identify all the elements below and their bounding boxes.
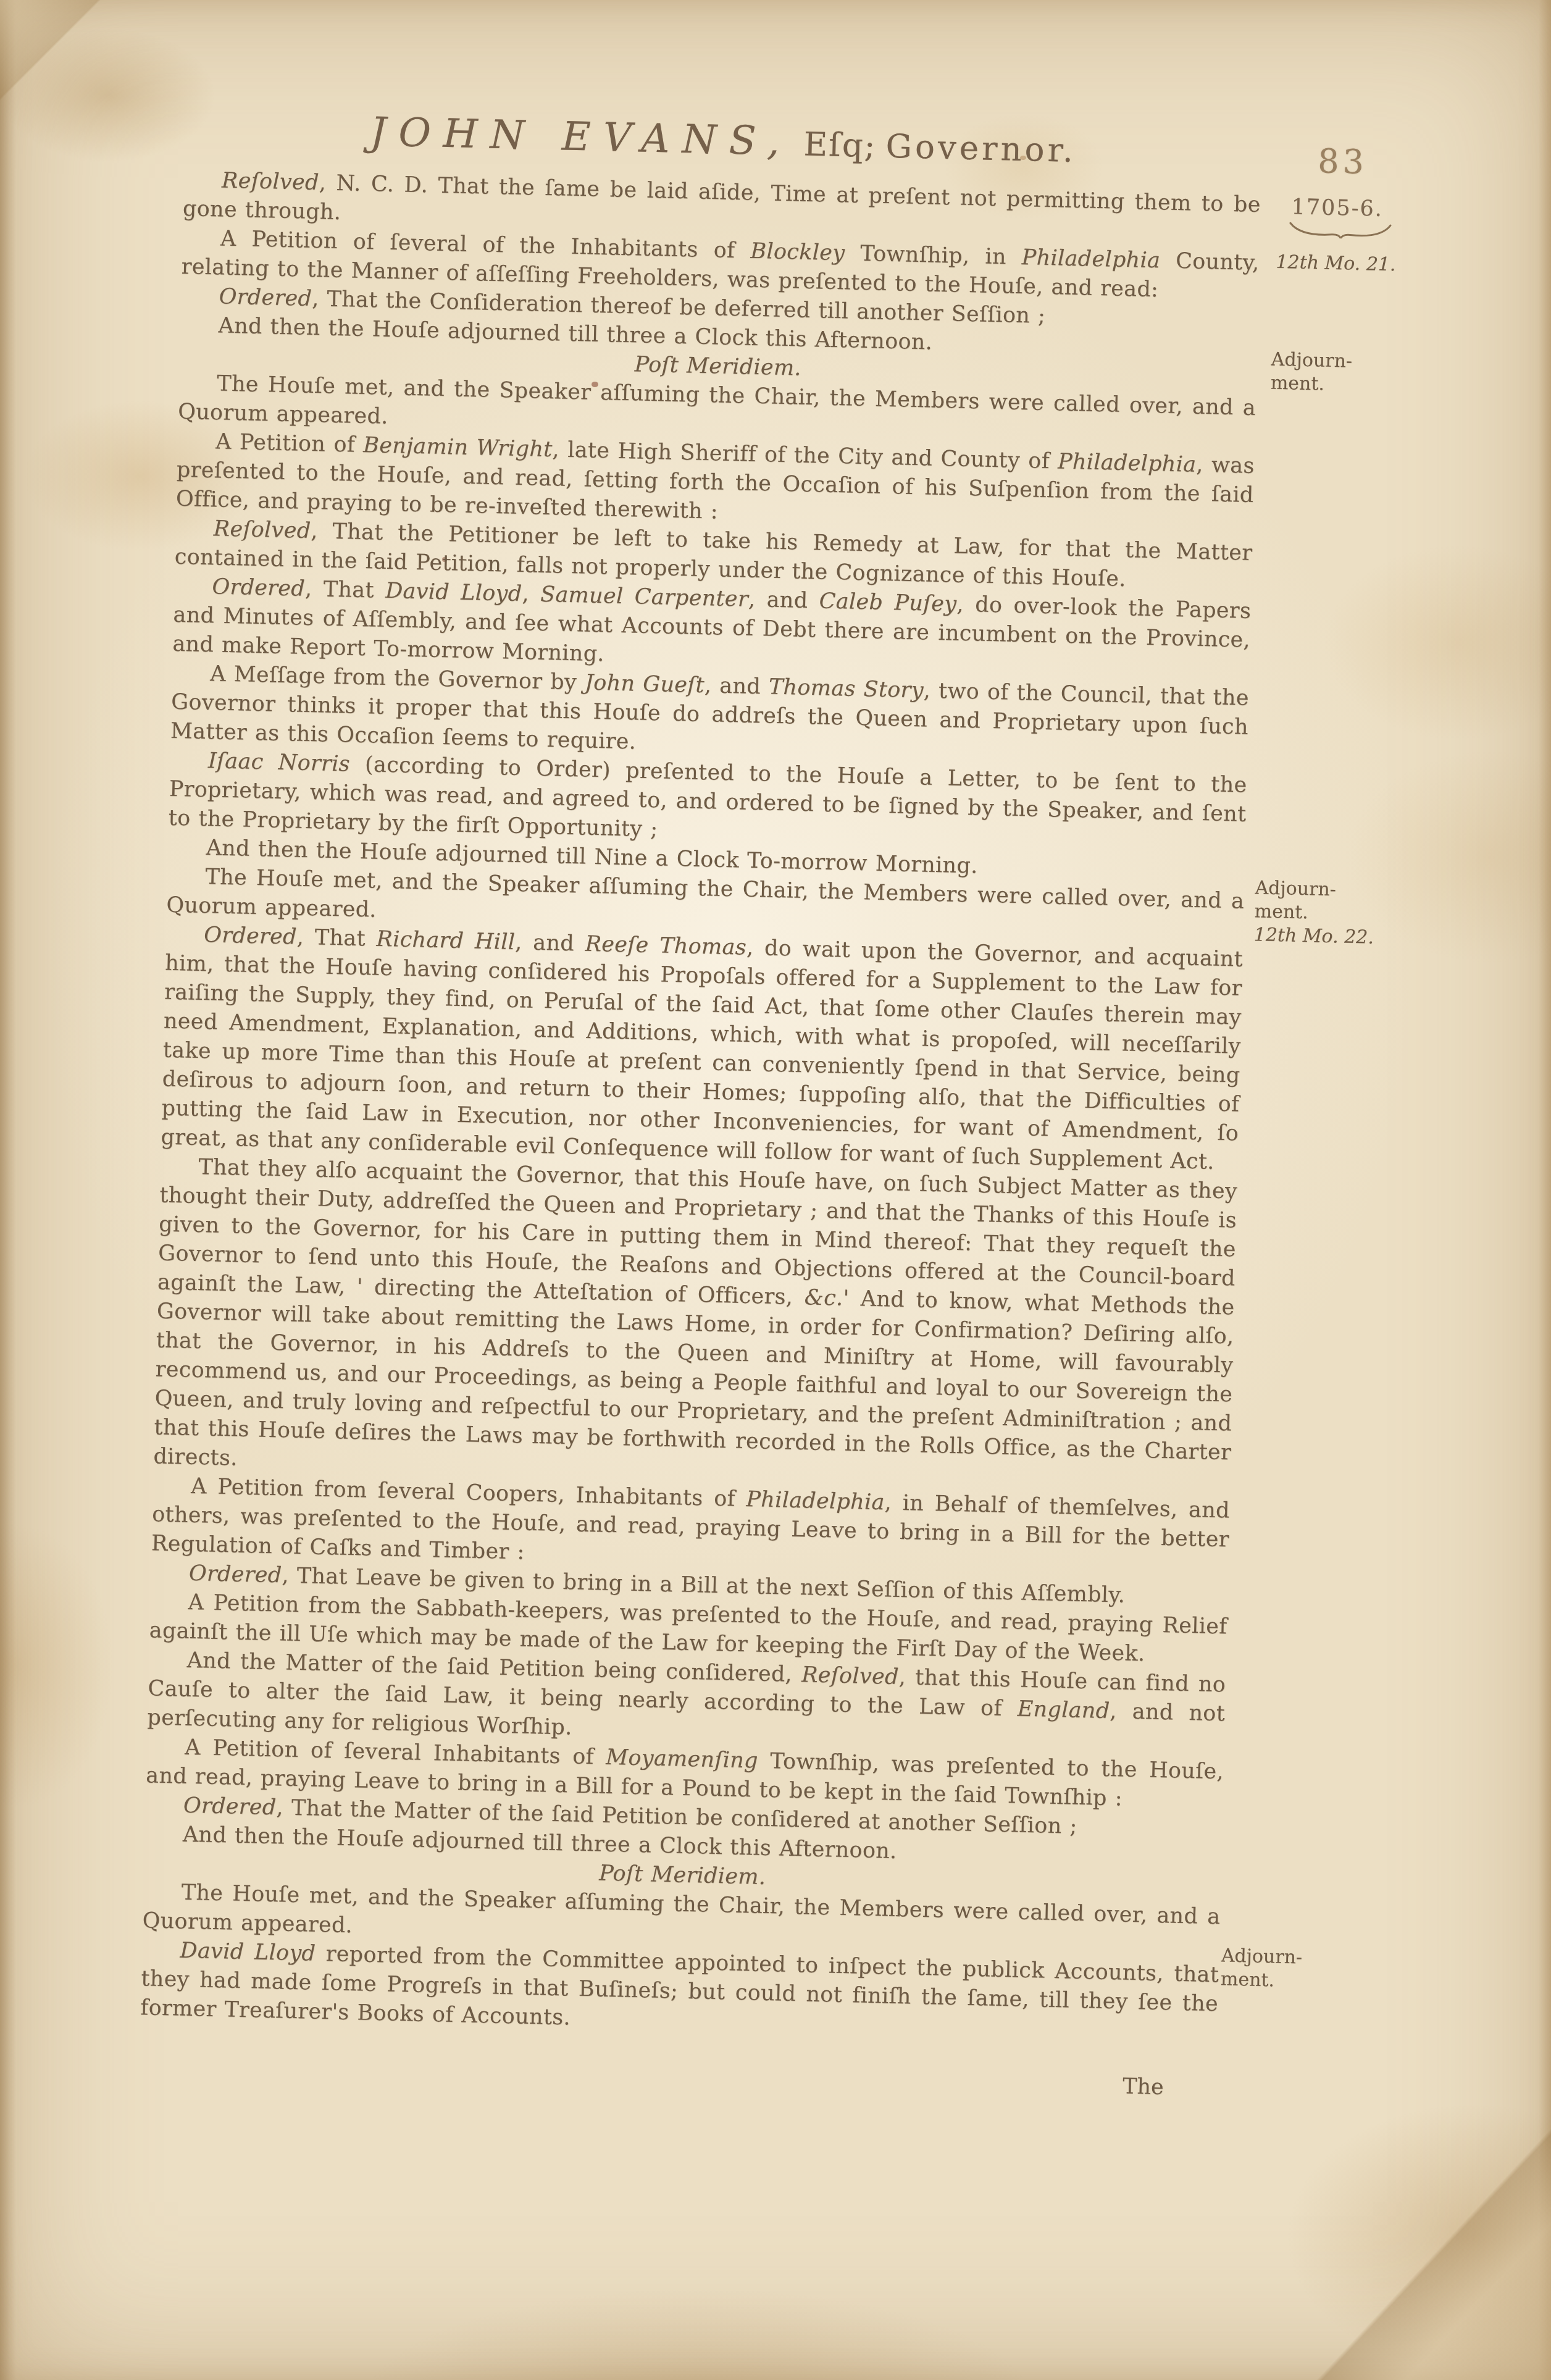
margin-adjournment-line: Adjourn- bbox=[1271, 348, 1352, 374]
margin-note-year: 1705-6. bbox=[1290, 195, 1394, 240]
margin-year-label: 1705-6. bbox=[1291, 195, 1394, 221]
margin-note-date-first: 12th Mo. 21. bbox=[1276, 251, 1396, 277]
paper-edge-right bbox=[1539, 0, 1551, 2380]
margin-adjournment-line: ment. bbox=[1221, 1967, 1302, 1993]
margin-note-date-second: 12th Mo. 22. bbox=[1253, 923, 1374, 950]
catchword: The bbox=[139, 2051, 1216, 2101]
paragraph-acquaint-governor: That they alſo acquaint the Governor, th… bbox=[153, 1152, 1238, 1497]
printed-text-block: JOHN EVANS, Eſq; Governor. 83 1705-6. 12… bbox=[139, 105, 1426, 2105]
margin-adjournment-line: ment. bbox=[1254, 900, 1336, 925]
running-title-name: JOHN EVANS, bbox=[370, 109, 793, 165]
margin-date-label: 12th Mo. 22. bbox=[1253, 923, 1374, 950]
margin-date-label: 12th Mo. 21. bbox=[1276, 251, 1396, 277]
margin-adjournment-line: Adjourn- bbox=[1255, 876, 1336, 902]
margin-note-adjournment-1: Adjourn- ment. bbox=[1270, 348, 1352, 397]
margin-note-adjournment-2: Adjourn- ment. bbox=[1254, 876, 1336, 925]
paper-corner-top-left bbox=[0, 0, 148, 117]
margin-adjournment-line: ment. bbox=[1270, 372, 1352, 397]
running-title-role: Governor. bbox=[885, 128, 1077, 170]
page-number: 83 bbox=[1318, 141, 1368, 182]
brace-icon bbox=[1287, 221, 1394, 240]
paragraph-ordered-wait-governor: Ordered, That Richard Hill, and Reeſe Th… bbox=[161, 920, 1243, 1178]
paper-corner-fold-bottom-right bbox=[1292, 2059, 1551, 2380]
margin-adjournment-line: Adjourn- bbox=[1221, 1944, 1302, 1969]
body-text: Reſolved, N. C. D. That the ſame be laid… bbox=[140, 166, 1261, 2048]
paper-deckle-edge-left bbox=[0, 0, 16, 2380]
document-page: JOHN EVANS, Eſq; Governor. 83 1705-6. 12… bbox=[0, 0, 1551, 2380]
running-title-esquire: Eſq; bbox=[803, 126, 877, 166]
margin-note-adjournment-3: Adjourn- ment. bbox=[1221, 1944, 1303, 1993]
page-header: JOHN EVANS, Eſq; Governor. bbox=[184, 105, 1262, 176]
